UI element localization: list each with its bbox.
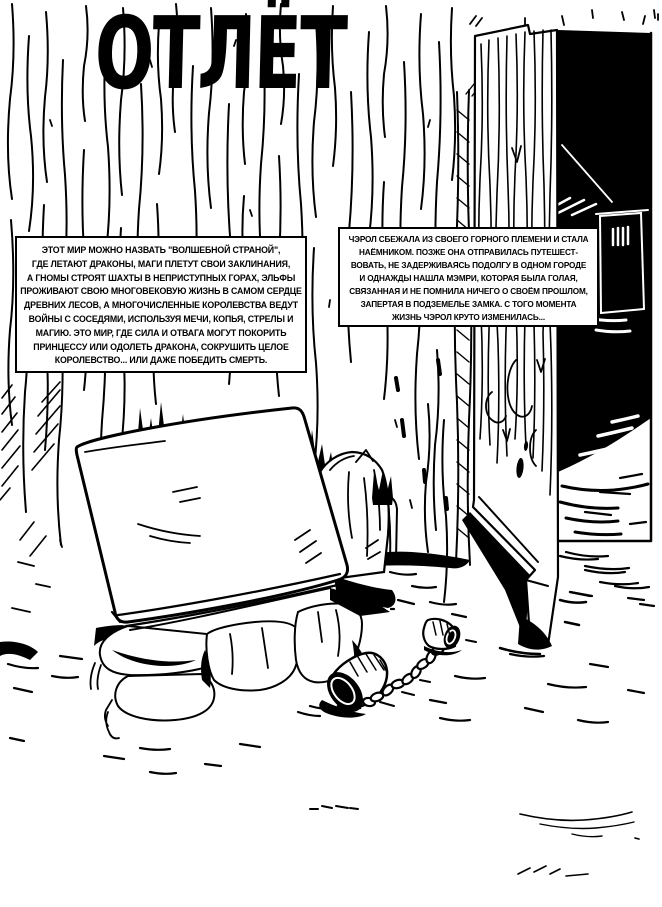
narration-line: ЭТОТ МИР МОЖНО НАЗВАТЬ "ВОЛШЕБНОЙ СТРАНО… [19, 244, 303, 258]
narration-line: ЧЭРОЛ СБЕЖАЛА ИЗ СВОЕГО ГОРНОГО ПЛЕМЕНИ … [342, 233, 595, 246]
narration-line: ПРОЖИВАЮТ СВОЮ МНОГОВЕКОВУЮ ЖИЗНЬ В САМО… [19, 285, 303, 299]
narration-line: ПРИНЦЕССУ ИЛИ ОДОЛЕТЬ ДРАКОНА, СОКРУШИТЬ… [19, 341, 303, 355]
narration-line: И ОДНАЖДЫ НАШЛА МЭМРИ, КОТОРАЯ БЫЛА ГОЛА… [342, 272, 595, 285]
narration-line: ДРЕВНИХ ЛЕСОВ, А МНОГОЧИСЛЕННЫЕ КОРОЛЕВС… [19, 299, 303, 313]
comic-page: ОТЛЁТ ЭТОТ МИР МОЖНО НАЗВАТЬ "ВОЛШЕБНОЙ … [0, 0, 662, 907]
narration-line: ГДЕ ЛЕТАЮТ ДРАКОНЫ, МАГИ ПЛЕТУТ СВОИ ЗАК… [19, 258, 303, 272]
narration-line: МАГИЮ. ЭТО МИР, ГДЕ СИЛА И ОТВАГА МОГУТ … [19, 327, 303, 341]
narration-line: ВОВАТЬ, НЕ ЗАДЕРЖИВАЯСЬ ПОДОЛГУ В ОДНОМ … [342, 259, 595, 272]
narration-line: ЗАПЕРТАЯ В ПОДЗЕМЕЛЬЕ ЗАМКА. С ТОГО МОМЕ… [342, 298, 595, 311]
narration-box-charol: ЧЭРОЛ СБЕЖАЛА ИЗ СВОЕГО ГОРНОГО ПЛЕМЕНИ … [338, 227, 599, 327]
page-title: ОТЛЁТ [94, 4, 347, 104]
narration-box-world: ЭТОТ МИР МОЖНО НАЗВАТЬ "ВОЛШЕБНОЙ СТРАНО… [15, 236, 307, 373]
narration-line: НАЁМНИКОМ. ПОЗЖЕ ОНА ОТПРАВИЛАСЬ ПУТЕШЕС… [342, 246, 595, 259]
narration-line: А ГНОМЫ СТРОЯТ ШАХТЫ В НЕПРИСТУПНЫХ ГОРА… [19, 272, 303, 286]
artist-signature [310, 806, 358, 809]
narration-line: ЖИЗНЬ ЧЭРОЛ КРУТО ИЗМЕНИЛАСЬ... [342, 311, 595, 324]
narration-line: ВОЙНЫ С СОСЕДЯМИ, ИСПОЛЬЗУЯ МЕЧИ, КОПЬЯ,… [19, 313, 303, 327]
distant-cell-door [596, 210, 648, 313]
narration-line: КОРОЛЕВСТВО... ИЛИ ДАЖЕ ПОБЕДИТЬ СМЕРТЬ. [19, 354, 303, 368]
scene-illustration [0, 0, 662, 907]
narration-line: СВЯЗАННАЯ И НЕ ПОМНИЛА НИЧЕГО О СВОЁМ ПР… [342, 285, 595, 298]
